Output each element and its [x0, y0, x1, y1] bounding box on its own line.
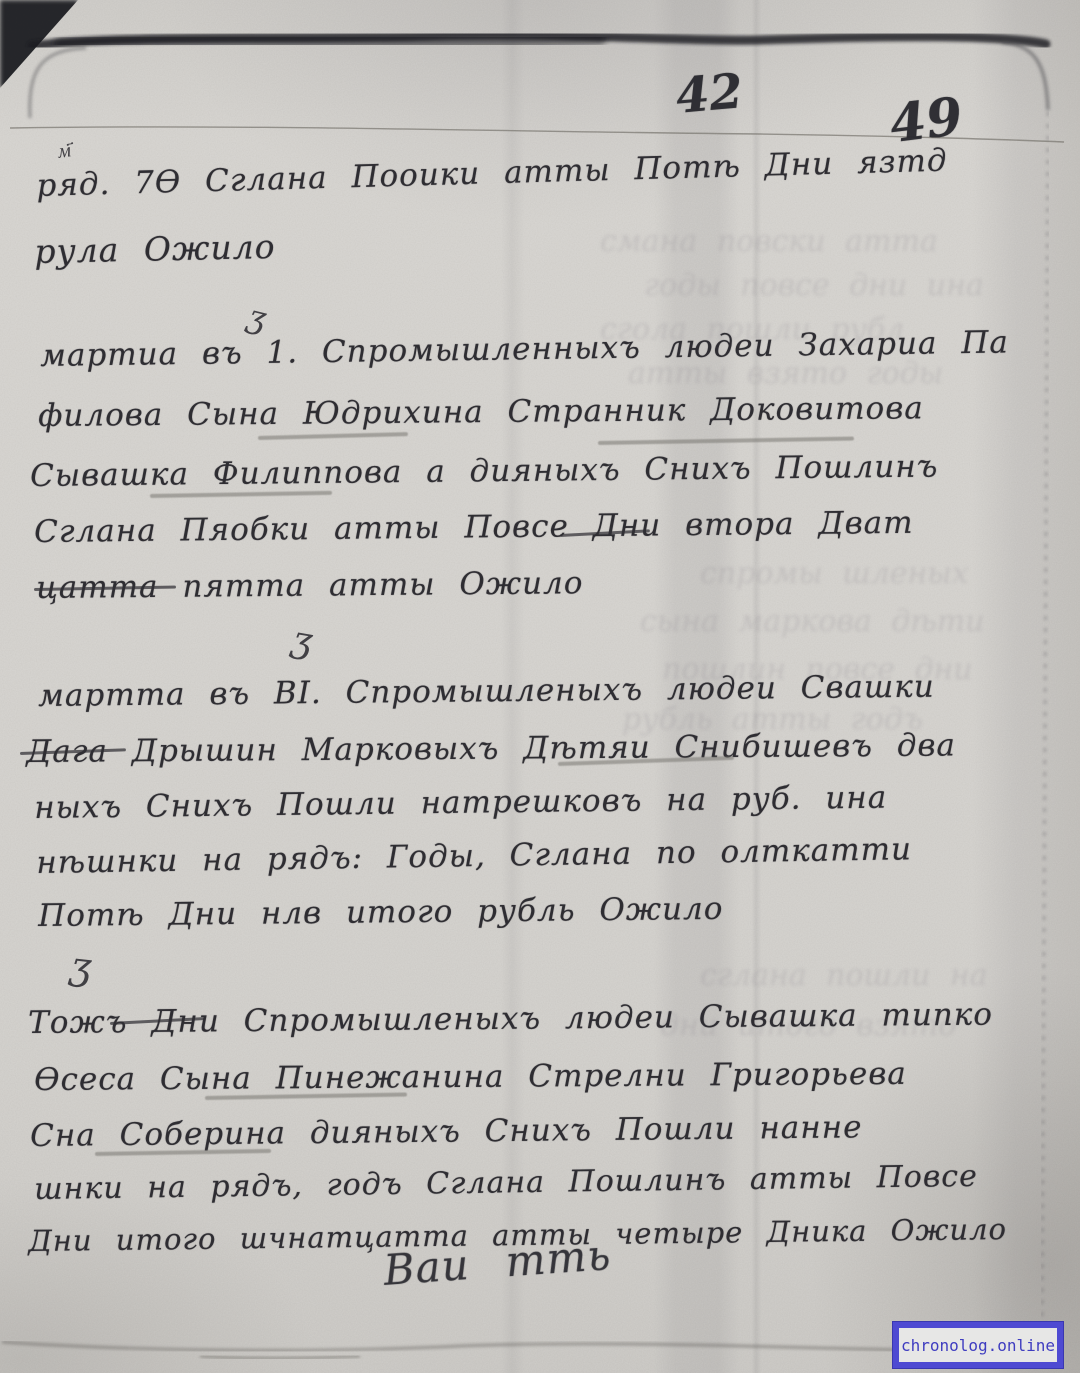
manuscript-scan: смана повски атта годы повсе дни ина сго… [0, 0, 1080, 1373]
ghost-line: годы повсе дни ина [644, 268, 984, 303]
watermark-text: chronolog.online [901, 1336, 1055, 1355]
manuscript-line: Потѣ Дни нлв итого рубль Ожило [38, 891, 724, 934]
ghost-line: сына маркова дѣти [640, 604, 985, 639]
ghost-line: спромы шленых [700, 556, 969, 591]
ghost-line: смана повски атта [600, 224, 938, 259]
ghost-line: сглана пошли на [700, 958, 988, 993]
watermark-panel: chronolog.online [899, 1328, 1057, 1362]
page-number-42: 42 [674, 63, 745, 125]
manuscript-line: Дага Дрышин Марковыхъ Дѣтяи Снибишевъ дв… [26, 728, 956, 770]
watermark-badge: chronolog.online [892, 1321, 1064, 1369]
paragraph-flourish: ʒ [68, 943, 94, 989]
manuscript-line: Ѳсеса Сына Пинежанина Стрелни Григорьева [34, 1056, 907, 1098]
manuscript-line: рула Ожило [34, 227, 276, 271]
